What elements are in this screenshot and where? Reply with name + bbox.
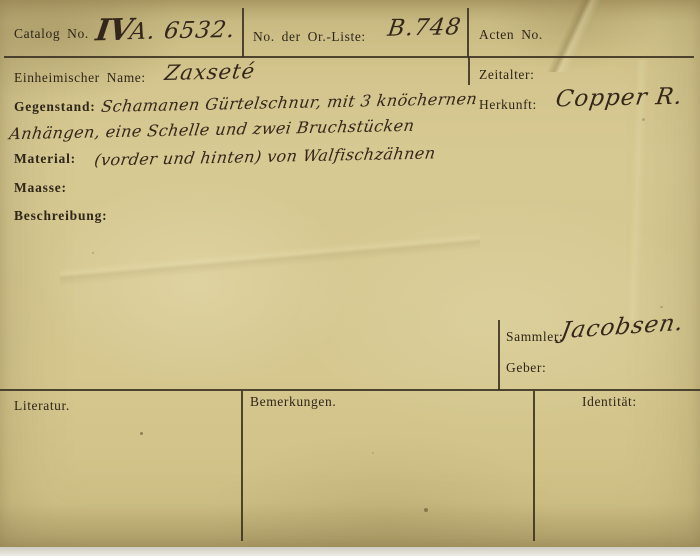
einheimischer-name-label: Einheimischer Name: — [14, 70, 146, 86]
divider-footer-2 — [533, 391, 535, 541]
paper-stain — [92, 252, 94, 254]
paper-crease — [60, 226, 480, 286]
einheimischer-name-value: Zaxseté — [163, 59, 257, 85]
card-paper: Catalog No. IV A. 6532. No. der Or.-List… — [0, 0, 700, 547]
catalog-no-label: Catalog No. — [14, 26, 89, 42]
acten-no-label: Acten No. — [479, 27, 543, 43]
paper-stain — [642, 118, 645, 121]
gegenstand-label: Gegenstand: — [14, 99, 96, 115]
beschreibung-label: Beschreibung: — [14, 208, 107, 224]
material-value: (vorder und hinten) von Walfischzähnen — [93, 143, 437, 169]
paper-stain — [372, 452, 374, 454]
divider-sammler-block — [498, 320, 500, 390]
maasse-label: Maasse: — [14, 180, 67, 196]
orliste-label: No. der Or.-Liste: — [253, 29, 366, 45]
material-label: Material: — [14, 151, 76, 167]
orliste-value: B.748 — [386, 14, 463, 42]
bemerkungen-label: Bemerkungen. — [250, 394, 336, 410]
literatur-label: Literatur. — [14, 398, 70, 414]
divider-header-2 — [467, 8, 469, 57]
herkunft-value: Copper R. — [554, 84, 684, 113]
scan-background-strip — [0, 547, 700, 556]
scanned-catalog-card: Catalog No. IV A. 6532. No. der Or.-List… — [0, 0, 700, 556]
divider-zeitalter — [468, 57, 470, 85]
rule-above-footer — [0, 389, 700, 391]
sammler-label: Sammler: — [506, 329, 563, 345]
divider-footer-1 — [241, 391, 243, 541]
identitaet-label: Identität: — [582, 394, 637, 410]
geber-label: Geber: — [506, 360, 546, 376]
gegenstand-value-line2: Anhängen, eine Schelle und zwei Bruchstü… — [8, 116, 416, 143]
rule-under-header — [4, 56, 694, 58]
catalog-no-value: A. 6532. — [128, 17, 237, 45]
paper-stain — [140, 432, 143, 435]
gegenstand-value-line1: Schamanen Gürtelschnur, mit 3 knöchernen — [100, 89, 478, 116]
paper-stain — [424, 508, 428, 512]
herkunft-label: Herkunft: — [479, 97, 537, 113]
divider-header-1 — [242, 8, 244, 57]
zeitalter-label: Zeitalter: — [479, 67, 534, 83]
sammler-value: Jacobsen. — [559, 310, 686, 344]
paper-crease — [538, 0, 608, 72]
paper-stain — [660, 306, 663, 308]
